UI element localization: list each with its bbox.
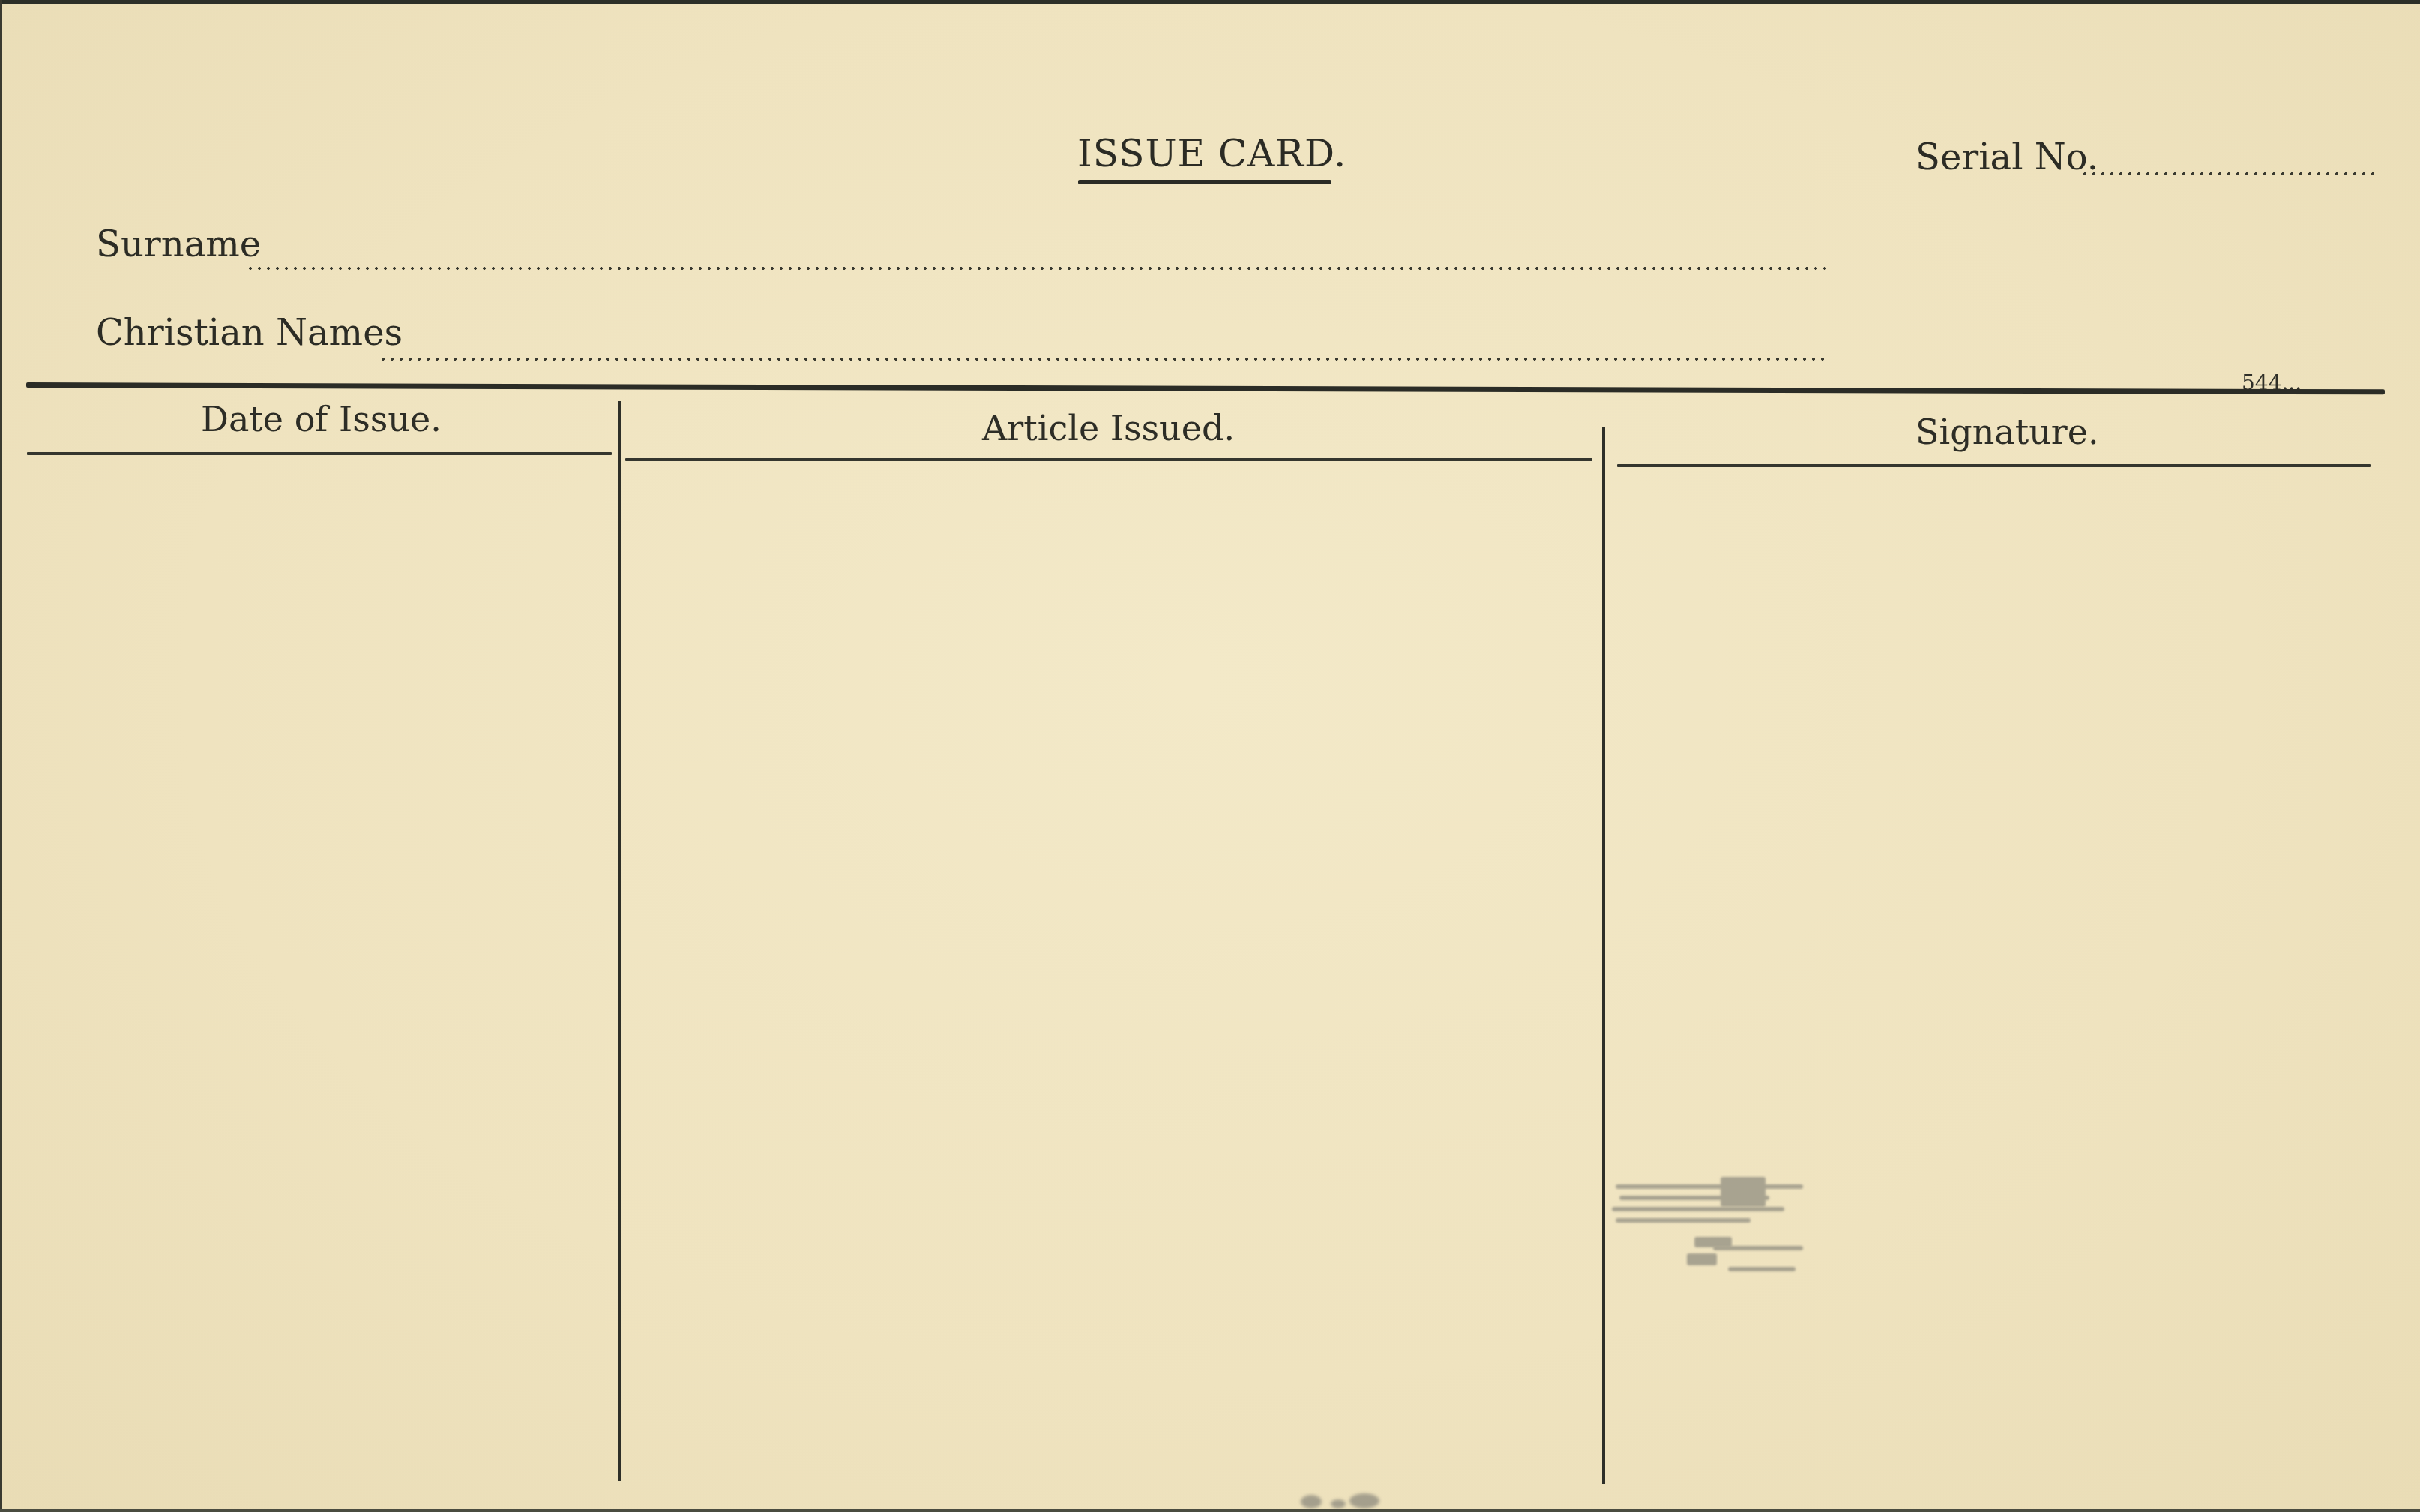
signature-column-entries[interactable] [1608,472,2373,1484]
signature-header-underline [1617,464,2371,467]
date-of-issue-column-entries[interactable] [27,465,616,1477]
issue-card: ISSUE CARD. Serial No. Surname Christian… [0,0,2420,1512]
serial-number-label: Serial No. [1915,139,2098,175]
card-top-edge [0,0,2420,4]
date-header-underline [27,452,612,455]
column-header-signature: Signature. [1915,415,2099,449]
card-title: ISSUE CARD. [1077,135,1346,172]
christian-names-label: Christian Names [96,315,403,351]
column-divider-1 [618,401,621,1481]
christian-names-field[interactable] [379,358,1829,361]
bottom-edge-smudge [1301,1492,1391,1508]
surname-label: Surname [96,226,261,262]
column-header-date-of-issue: Date of Issue. [201,402,442,436]
column-header-article-issued: Article Issued. [982,411,1235,445]
surname-field[interactable] [246,267,1828,270]
article-issued-column-entries[interactable] [624,469,1598,1481]
card-left-edge [0,0,2,1512]
article-header-underline [625,458,1592,461]
ink-smudge-mark [1608,1162,2013,1282]
header-separator-rule [26,382,2385,394]
card-bottom-edge [0,1509,2420,1512]
title-underline [1078,180,1331,184]
column-divider-2 [1602,427,1605,1484]
serial-number-field[interactable] [2080,172,2377,175]
